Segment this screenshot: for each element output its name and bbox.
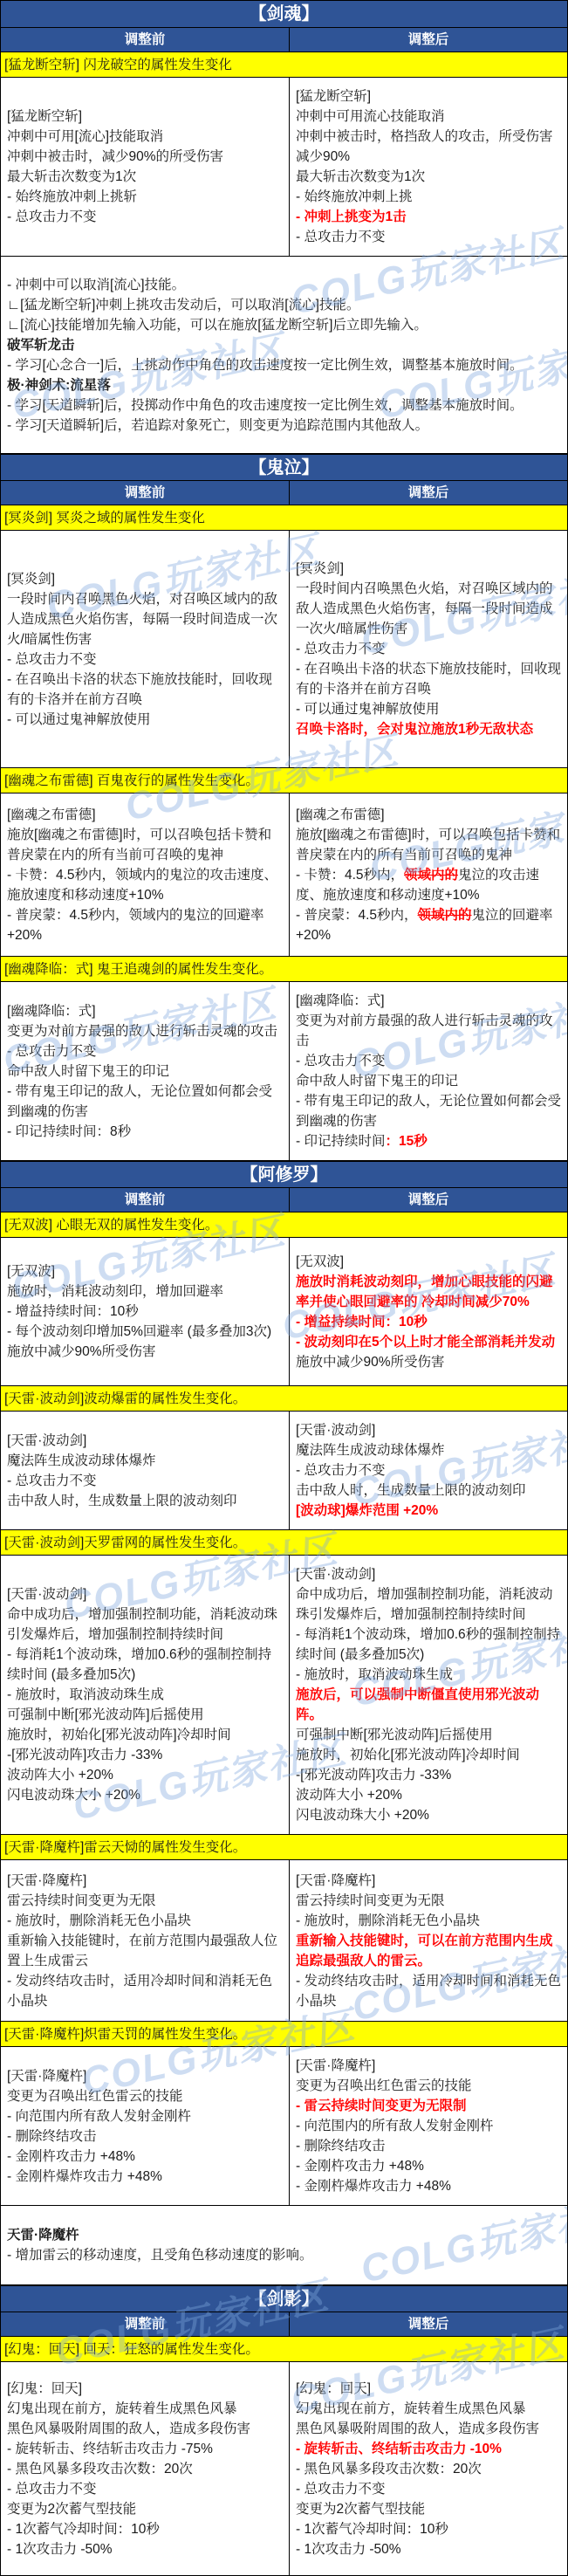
plain-text: [天雷·波动剑] bbox=[7, 1433, 86, 1448]
text-line: - 在召唤出卡洛的状态下施放技能时，回收现有的卡洛并在前方召唤 bbox=[296, 659, 561, 699]
plain-text: 施放中减少90%所受伤害 bbox=[296, 1355, 445, 1370]
plain-text: - 总攻击力不变 bbox=[7, 1044, 96, 1059]
changed-text: 领域内的 bbox=[404, 868, 458, 883]
before-cell: [幽魂降临：式]变更为对前方最强的敌人进行斩击灵魂的攻击- 总攻击力不变命中敌人… bbox=[1, 982, 289, 1160]
plain-text: - 在召唤出卡洛的状态下施放技能时，回收现有的卡洛并在前方召唤 bbox=[7, 672, 272, 707]
text-line: - 金刚杵爆炸攻击力 +48% bbox=[7, 2167, 283, 2187]
text-line: 可强制中断[邪光波动阵]后摇使用 bbox=[296, 1725, 561, 1745]
text-line: 施放[幽魂之布雷德]时，可以召唤包括卡赞和普戾蒙在内的所有当前可召唤的鬼神 bbox=[296, 825, 561, 865]
text-line: -[邪光波动阵]攻击力 -33% bbox=[296, 1765, 561, 1785]
after-cell: [幽魂降临：式]变更为对前方最强的敌人进行斩击灵魂的攻击- 总攻击力不变命中敌人… bbox=[289, 982, 567, 1160]
plain-text: 波动阵大小 +20% bbox=[296, 1788, 402, 1803]
before-after-row: [天雷·波动剑]命中成功后，增加强制控制功能，消耗波动珠引发爆炸后，增加强制控制… bbox=[1, 1556, 567, 1835]
changed-text: 重新输入技能键时，可以在前方范围内生成追踪最强敌人的雷云。 bbox=[296, 1934, 553, 1968]
text-line: - 金刚杵攻击力 +48% bbox=[7, 2147, 283, 2167]
text-line: - 金刚杵攻击力 +48% bbox=[296, 2156, 561, 2176]
text-line: [幽魂降临：式] bbox=[296, 991, 561, 1011]
plain-text: 击中敌人时，生成数量上限的波动刻印 bbox=[7, 1494, 237, 1508]
text-line: - 黑色风暴多段攻击次数：20次 bbox=[296, 2459, 561, 2479]
changed-text: 极·神剑术:流星落 bbox=[7, 378, 111, 393]
before-after-row: [幽魂降临：式]变更为对前方最强的敌人进行斩击灵魂的攻击- 总攻击力不变命中敌人… bbox=[1, 982, 567, 1160]
plain-text: - 总攻击力不变 bbox=[7, 652, 96, 667]
plain-text: - 总攻击力不变 bbox=[296, 1463, 385, 1478]
plain-text: - 学习[心念合一]后，上挑动作中角色的攻击速度按一定比例生效，调整基本施放时间… bbox=[7, 358, 524, 373]
changed-text: ：15秒 bbox=[385, 1134, 427, 1149]
changed-text: 召唤卡洛时，会对鬼泣施放1秒无敌状态 bbox=[296, 722, 533, 737]
plain-text: [猛龙断空斩] bbox=[7, 109, 82, 124]
text-line: [波动球]爆炸范围 +20% bbox=[296, 1501, 561, 1521]
plain-text: [天雷·降魔杵] bbox=[296, 2058, 375, 2073]
plain-text: 最大斩击次数变为1次 bbox=[7, 169, 136, 184]
plain-text: 击中敌人时，生成数量上限的波动刻印 bbox=[296, 1483, 526, 1498]
text-line: - 学习[天道瞬斩]后，若追踪对象死亡，则变更为追踪范围内其他敌人。 bbox=[7, 416, 561, 436]
plain-text: - 可以通过鬼神解放使用 bbox=[7, 712, 150, 727]
plain-text: 幻鬼出现在前方，旋转着生成黑色风暴 bbox=[296, 2401, 526, 2416]
plain-text: - 每消耗1个波动珠，增加0.6秒的强制控制持续时间 (最多叠加5次) bbox=[296, 1627, 560, 1662]
text-line: - 总攻击力不变 bbox=[296, 1051, 561, 1071]
text-line: - 冲刺上挑变为1击 bbox=[296, 207, 561, 227]
column-header-after: 调整后 bbox=[289, 28, 567, 52]
text-line: [猛龙断空斩] bbox=[296, 86, 561, 106]
before-cell: [冥炎剑]一段时间内召唤黑色火焰，对召唤区域内的敌人造成黑色火焰伤害，每隔一段时… bbox=[1, 531, 289, 767]
text-line: - 每消耗1个波动珠，增加0.6秒的强制控制持续时间 (最多叠加5次) bbox=[296, 1625, 561, 1665]
text-line: - 向范围内所有敌人发射金刚杵 bbox=[7, 2106, 283, 2126]
text-line: - 总攻击力不变 bbox=[296, 1460, 561, 1480]
plain-text: - 增益持续时间：10秒 bbox=[7, 1304, 139, 1319]
text-line: - 黑色风暴多段攻击次数：20次 bbox=[7, 2459, 283, 2479]
text-line: 波动阵大小 +20% bbox=[296, 1785, 561, 1805]
text-line: 最大斩击次数变为1次 bbox=[296, 167, 561, 187]
text-line: [天雷·波动剑] bbox=[296, 1420, 561, 1440]
text-line: - 增加雷云的移动速度，且受角色移动速度的影响。 bbox=[7, 2245, 561, 2265]
text-line: 雷云持续时间变更为无限 bbox=[7, 1891, 283, 1911]
skill-change-banner: [天雷·降魔杵]炽雷天罚的属性发生变化。 bbox=[1, 2022, 567, 2047]
class-section-2: 【阿修罗】调整前调整后[无双波] 心眼无双的属性发生变化。[无双波]施放时，消耗… bbox=[1, 1161, 567, 2285]
plain-text: 冲刺中被击时，格挡敌人的攻击，所受伤害减少90% bbox=[296, 129, 553, 164]
text-line: [天雷·降魔杵] bbox=[296, 2056, 561, 2076]
plain-text: - 金刚杵攻击力 +48% bbox=[7, 2149, 135, 2164]
after-cell: [幻鬼：回天]幻鬼出现在前方，旋转着生成黑色风暴黑色风暴吸附周围的敌人，造成多段… bbox=[289, 2362, 567, 2575]
changed-text: - 雷云持续时间变更为无限制 bbox=[296, 2099, 466, 2113]
text-line: 魔法阵生成波动球体爆炸 bbox=[296, 1440, 561, 1460]
plain-text: 变更为召唤出红色雷云的技能 bbox=[296, 2078, 472, 2093]
plain-text: 黑色风暴吸附周围的敌人，造成多段伤害 bbox=[296, 2421, 539, 2436]
plain-text: [幽魂降临：式] bbox=[296, 993, 385, 1008]
before-after-row: [幻鬼：回天]幻鬼出现在前方，旋转着生成黑色风暴黑色风暴吸附周围的敌人，造成多段… bbox=[1, 2362, 567, 2575]
plain-text: - 冲刺中可以取消[流心]技能。 bbox=[7, 278, 185, 292]
text-line: -[邪光波动阵]攻击力 -33% bbox=[7, 1745, 283, 1765]
plain-text: 施放时，消耗波动刻印，增加回避率 bbox=[7, 1284, 223, 1299]
text-line: - 学习[天道瞬斩]后，投掷动作中角色的攻击速度按一定比例生效，调整基本施放时间… bbox=[7, 395, 561, 416]
plain-text: 冲刺中可用流心技能取消 bbox=[296, 109, 445, 124]
plain-text: [天雷·波动剑] bbox=[296, 1423, 375, 1438]
plain-text: ∟[流心]技能增加先输入功能，可以在施放[猛龙断空斩]后立即先输入。 bbox=[7, 318, 428, 333]
text-line: 变更为召唤出红色雷云的技能 bbox=[296, 2076, 561, 2096]
text-line: - 总攻击力不变 bbox=[7, 1041, 283, 1061]
text-line: - 可以通过鬼神解放使用 bbox=[296, 699, 561, 719]
plain-text: [天雷·波动剑] bbox=[296, 1567, 375, 1582]
before-after-row: [猛龙断空斩]冲刺中可用[流心]技能取消冲刺中被击时，减少90%的所受伤害最大斩… bbox=[1, 78, 567, 257]
text-line: [幽魂之布雷德] bbox=[296, 805, 561, 825]
text-line: - 卡赞：4.5秒内，领域内的鬼泣的攻击速度、施放速度和移动速度+10% bbox=[296, 865, 561, 905]
text-line: - 始终施放冲刺上挑斩 bbox=[7, 187, 283, 207]
text-line: - 印记持续时间：15秒 bbox=[296, 1131, 561, 1151]
plain-text: [冥炎剑] bbox=[7, 572, 55, 587]
before-cell: [天雷·波动剑]命中成功后，增加强制控制功能，消耗波动珠引发爆炸后，增加强制控制… bbox=[1, 1556, 289, 1834]
after-cell: [天雷·波动剑]命中成功后，增加强制控制功能，消耗波动珠引发爆炸后，增加强制控制… bbox=[289, 1556, 567, 1834]
text-line: 冲刺中被击时，格挡敌人的攻击，所受伤害减少90% bbox=[296, 127, 561, 167]
plain-text: [天雷·降魔杵] bbox=[296, 1873, 375, 1888]
text-line: - 删除终结攻击 bbox=[7, 2126, 283, 2147]
plain-text: 波动阵大小 +20% bbox=[7, 1768, 113, 1783]
text-line: - 印记持续时间：8秒 bbox=[7, 1122, 283, 1142]
text-line: - 发动终结攻击时，适用冷却时间和消耗无色小晶块 bbox=[7, 1971, 283, 2011]
changed-text: 天雷·降魔杵 bbox=[7, 2228, 79, 2243]
plain-text: 命中成功后，增加强制控制功能，消耗波动珠引发爆炸后，增加强制控制持续时间 bbox=[296, 1587, 553, 1622]
before-cell: [幻鬼：回天]幻鬼出现在前方，旋转着生成黑色风暴黑色风暴吸附周围的敌人，造成多段… bbox=[1, 2362, 289, 2575]
plain-text: 重新输入技能键时，在前方范围内最强敌人位置上生成雷云 bbox=[7, 1934, 277, 1968]
plain-text: - 金刚杵爆炸攻击力 +48% bbox=[7, 2169, 162, 2184]
column-header-before: 调整前 bbox=[1, 28, 289, 52]
changed-text: - 旋转斩击、终结斩击攻击力 -10% bbox=[296, 2442, 502, 2456]
text-line: 击中敌人时，生成数量上限的波动刻印 bbox=[7, 1491, 283, 1511]
plain-text: [猛龙断空斩] bbox=[296, 89, 371, 104]
text-line: [天雷·降魔杵] bbox=[296, 1871, 561, 1891]
plain-text: - 每个波动刻印增加5%回避率 (最多叠加3次) bbox=[7, 1324, 271, 1339]
plain-text: [幽魂之布雷德] bbox=[7, 807, 96, 822]
plain-text: 最大斩击次数变为1次 bbox=[296, 169, 425, 184]
column-header-row: 调整前调整后 bbox=[1, 481, 567, 505]
plain-text: 变更为对前方最强的敌人进行斩击灵魂的攻击 bbox=[7, 1024, 277, 1039]
plain-text: - 施放时，取消波动珠生成 bbox=[7, 1687, 164, 1702]
column-header-after: 调整后 bbox=[289, 481, 567, 505]
text-line: - 总攻击力不变 bbox=[7, 2479, 283, 2499]
patch-notes-table: 【剑魂】调整前调整后[猛龙断空斩] 闪龙破空的属性发生变化[猛龙断空斩]冲刺中可… bbox=[0, 0, 568, 2576]
plain-text: - 黑色风暴多段攻击次数：20次 bbox=[296, 2462, 482, 2476]
text-line: - 施放时，取消波动珠生成 bbox=[296, 1665, 561, 1685]
plain-text: -[邪光波动阵]攻击力 -33% bbox=[296, 1768, 451, 1783]
plain-text: 命中成功后，增加强制控制功能，消耗波动珠引发爆炸后，增加强制控制持续时间 bbox=[7, 1607, 277, 1642]
text-line: 变更为对前方最强的敌人进行斩击灵魂的攻击 bbox=[7, 1021, 283, 1041]
changed-text: - 波动刻印在5个以上时才能全部消耗并发动 bbox=[296, 1335, 555, 1350]
plain-text: 变更为2次蓄气型技能 bbox=[7, 2502, 136, 2517]
text-line: [幽魂之布雷德] bbox=[7, 805, 283, 825]
plain-text: 变更为对前方最强的敌人进行斩击灵魂的攻击 bbox=[296, 1013, 553, 1048]
text-line: 闪电波动珠大小 +20% bbox=[296, 1805, 561, 1825]
plain-text: [天雷·降魔杵] bbox=[7, 2069, 86, 2084]
plain-text: - 普戾蒙：4.5秒内， bbox=[296, 908, 418, 923]
text-line: - 总攻击力不变 bbox=[296, 2479, 561, 2499]
plain-text: 一段时间内召唤黑色火焰，对召唤区域内的敌人造成黑色火焰伤害，每隔一段时间造成一次… bbox=[296, 581, 553, 636]
plain-text: - 总攻击力不变 bbox=[296, 2482, 385, 2497]
plain-text: - 1次攻击力 -50% bbox=[296, 2542, 401, 2557]
text-line: - 1次攻击力 -50% bbox=[7, 2539, 283, 2559]
text-line: [猛龙断空斩] bbox=[7, 106, 283, 127]
text-line: 幻鬼出现在前方，旋转着生成黑色风暴 bbox=[7, 2399, 283, 2419]
plain-text: 冲刺中被击时，减少90%的所受伤害 bbox=[7, 149, 223, 164]
text-line: - 增益持续时间：10秒 bbox=[7, 1302, 283, 1322]
text-line: - 施放时，删除消耗无色小晶块 bbox=[296, 1911, 561, 1931]
text-line: 击中敌人时，生成数量上限的波动刻印 bbox=[296, 1480, 561, 1501]
plain-text: - 黑色风暴多段攻击次数：20次 bbox=[7, 2462, 193, 2476]
text-line: 施放时，初始化[邪光波动阵]冷却时间 bbox=[7, 1725, 283, 1745]
text-line: 施放时，消耗波动刻印，增加回避率 bbox=[7, 1281, 283, 1302]
text-line: 最大斩击次数变为1次 bbox=[7, 167, 283, 187]
text-line: - 向范围内的所有敌人发射金刚杵 bbox=[296, 2116, 561, 2136]
plain-text: - 总攻击力不变 bbox=[296, 230, 385, 244]
text-line: - 在召唤出卡洛的状态下施放技能时，回收现有的卡洛并在前方召唤 bbox=[7, 670, 283, 710]
plain-text: - 1次攻击力 -50% bbox=[7, 2542, 113, 2557]
text-line: - 每消耗1个波动珠，增加0.6秒的强制控制持续时间 (最多叠加5次) bbox=[7, 1645, 283, 1685]
column-header-before: 调整前 bbox=[1, 1188, 289, 1212]
text-line: 黑色风暴吸附周围的敌人，造成多段伤害 bbox=[7, 2419, 283, 2439]
plain-text: 施放时，初始化[邪光波动阵]冷却时间 bbox=[296, 1748, 520, 1762]
plain-text: - 总攻击力不变 bbox=[7, 1473, 96, 1488]
plain-text: -[邪光波动阵]攻击力 -33% bbox=[7, 1748, 162, 1762]
text-line: - 冲刺中可以取消[流心]技能。 bbox=[7, 275, 561, 295]
plain-text: 变更为2次蓄气型技能 bbox=[296, 2502, 425, 2517]
column-header-row: 调整前调整后 bbox=[1, 1188, 567, 1212]
patch-note: - 冲刺中可以取消[流心]技能。∟[猛龙断空斩]冲刺上挑攻击发动后，可以取消[流… bbox=[1, 257, 567, 453]
text-line: - 普戾蒙：4.5秒内，领域内的鬼泣的回避率+20% bbox=[7, 905, 283, 945]
plain-text: - 施放时，删除消耗无色小晶块 bbox=[7, 1913, 191, 1928]
text-line: 变更为召唤出红色雷云的技能 bbox=[7, 2086, 283, 2106]
before-after-row: [幽魂之布雷德]施放[幽魂之布雷德]时，可以召唤包括卡赞和普戾蒙在内的所有当前可… bbox=[1, 793, 567, 957]
skill-change-banner: [无双波] 心眼无双的属性发生变化。 bbox=[1, 1212, 567, 1238]
skill-change-banner: [幽魂降临：式] 鬼王追魂剑的属性发生变化。 bbox=[1, 957, 567, 982]
text-line: 施放后，可以强制中断僵直使用邪光波动阵。 bbox=[296, 1685, 561, 1725]
plain-text: - 印记持续时间：8秒 bbox=[7, 1124, 131, 1139]
text-line: 魔法阵生成波动球体爆炸 bbox=[7, 1451, 283, 1471]
after-cell: [猛龙断空斩]冲刺中可用流心技能取消冲刺中被击时，格挡敌人的攻击，所受伤害减少9… bbox=[289, 78, 567, 256]
plain-text: - 总攻击力不变 bbox=[7, 210, 96, 224]
plain-text: - 始终施放冲刺上挑斩 bbox=[7, 189, 137, 204]
skill-change-banner: [幽魂之布雷德] 百鬼夜行的属性发生变化。 bbox=[1, 768, 567, 793]
text-line: - 施放时，取消波动珠生成 bbox=[7, 1685, 283, 1705]
plain-text: - 1次蓄气冷却时间：10秒 bbox=[296, 2522, 448, 2537]
plain-text: [幽魂降临：式] bbox=[7, 1004, 96, 1019]
plain-text: 可强制中断[邪光波动阵]后摇使用 bbox=[7, 1707, 204, 1722]
plain-text: [天雷·波动剑] bbox=[7, 1587, 86, 1602]
plain-text: - 金刚杵爆炸攻击力 +48% bbox=[296, 2179, 451, 2194]
sections-container: 【剑魂】调整前调整后[猛龙断空斩] 闪龙破空的属性发生变化[猛龙断空斩]冲刺中可… bbox=[1, 1, 567, 2575]
plain-text: - 发动终结攻击时，适用冷却时间和消耗无色小晶块 bbox=[7, 1974, 272, 2009]
before-cell: [猛龙断空斩]冲刺中可用[流心]技能取消冲刺中被击时，减少90%的所受伤害最大斩… bbox=[1, 78, 289, 256]
text-line: 施放时消耗波动刻印，增加心眼技能的闪避率并使心眼回避率的 冷却时间减少70% bbox=[296, 1272, 561, 1312]
class-section-0: 【剑魂】调整前调整后[猛龙断空斩] 闪龙破空的属性发生变化[猛龙断空斩]冲刺中可… bbox=[1, 1, 567, 454]
text-line: [幽魂降临：式] bbox=[7, 1001, 283, 1021]
after-cell: [天雷·波动剑]魔法阵生成波动球体爆炸- 总攻击力不变击中敌人时，生成数量上限的… bbox=[289, 1412, 567, 1529]
before-cell: [天雷·波动剑]魔法阵生成波动球体爆炸- 总攻击力不变击中敌人时，生成数量上限的… bbox=[1, 1412, 289, 1529]
text-line: 命中成功后，增加强制控制功能，消耗波动珠引发爆炸后，增加强制控制持续时间 bbox=[7, 1604, 283, 1645]
text-line: 一段时间内召唤黑色火焰，对召唤区域内的敌人造成黑色火焰伤害，每隔一段时间造成一次… bbox=[296, 579, 561, 639]
text-line: ∟[流心]技能增加先输入功能，可以在施放[猛龙断空斩]后立即先输入。 bbox=[7, 315, 561, 335]
class-section-3: 【剑影】调整前调整后[幻鬼：回天] 回天：狂怒的属性发生变化。[幻鬼：回天]幻鬼… bbox=[1, 2285, 567, 2575]
text-line: - 每个波动刻印增加5%回避率 (最多叠加3次) bbox=[7, 1322, 283, 1342]
text-line: - 1次蓄气冷却时间：10秒 bbox=[7, 2519, 283, 2539]
changed-text: - 冲刺上挑变为1击 bbox=[296, 210, 407, 224]
after-cell: [天雷·降魔杵]雷云持续时间变更为无限- 施放时，删除消耗无色小晶块重新输入技能… bbox=[289, 1860, 567, 2021]
text-line: 施放中减少90%所受伤害 bbox=[296, 1352, 561, 1372]
plain-text: 黑色风暴吸附周围的敌人，造成多段伤害 bbox=[7, 2421, 250, 2436]
plain-text: - 学习[天道瞬斩]后，若追踪对象死亡，则变更为追踪范围内其他敌人。 bbox=[7, 418, 428, 433]
before-after-row: [冥炎剑]一段时间内召唤黑色火焰，对召唤区域内的敌人造成黑色火焰伤害，每隔一段时… bbox=[1, 531, 567, 768]
text-line: - 发动终结攻击时，适用冷却时间和消耗无色小晶块 bbox=[296, 1971, 561, 2011]
plain-text: - 施放时，删除消耗无色小晶块 bbox=[296, 1913, 480, 1928]
text-line: 黑色风暴吸附周围的敌人，造成多段伤害 bbox=[296, 2419, 561, 2439]
plain-text: 魔法阵生成波动球体爆炸 bbox=[296, 1443, 445, 1458]
text-line: 冲刺中被击时，减少90%的所受伤害 bbox=[7, 147, 283, 167]
plain-text: 闪电波动珠大小 +20% bbox=[7, 1788, 140, 1803]
section-title: 【剑魂】 bbox=[1, 1, 567, 28]
class-section-1: 【鬼泣】调整前调整后[冥炎剑] 冥炎之域的属性发生变化[冥炎剑]一段时间内召唤黑… bbox=[1, 454, 567, 1161]
text-line: - 带有鬼王印记的敌人，无论位置如何都会受到幽魂的伤害 bbox=[7, 1082, 283, 1122]
before-after-row: [天雷·降魔杵]变更为召唤出红色雷云的技能- 向范围内所有敌人发射金刚杵- 删除… bbox=[1, 2047, 567, 2206]
after-cell: [天雷·降魔杵]变更为召唤出红色雷云的技能- 雷云持续时间变更为无限制- 向范围… bbox=[289, 2047, 567, 2205]
plain-text: - 印记持续时间 bbox=[296, 1134, 385, 1149]
skill-change-banner: [天雷·降魔杵]雷云天恸的属性发生变化。 bbox=[1, 1835, 567, 1860]
section-title: 【鬼泣】 bbox=[1, 454, 567, 481]
plain-text: - 1次蓄气冷却时间：10秒 bbox=[7, 2522, 160, 2537]
plain-text: 闪电波动珠大小 +20% bbox=[296, 1808, 429, 1823]
skill-change-banner: [天雷·波动剑]天罗雷网的属性发生变化。 bbox=[1, 1530, 567, 1556]
column-header-row: 调整前调整后 bbox=[1, 28, 567, 52]
text-line: - 删除终结攻击 bbox=[296, 2136, 561, 2156]
column-header-after: 调整后 bbox=[289, 1188, 567, 1212]
before-after-row: [天雷·波动剑]魔法阵生成波动球体爆炸- 总攻击力不变击中敌人时，生成数量上限的… bbox=[1, 1412, 567, 1530]
plain-text: - 删除终结攻击 bbox=[7, 2129, 96, 2144]
text-line: - 学习[心念合一]后，上挑动作中角色的攻击速度按一定比例生效，调整基本施放时间… bbox=[7, 355, 561, 375]
text-line: - 带有鬼王印记的敌人，无论位置如何都会受到幽魂的伤害 bbox=[296, 1091, 561, 1131]
plain-text: - 带有鬼王印记的敌人，无论位置如何都会受到幽魂的伤害 bbox=[7, 1084, 272, 1119]
plain-text: - 向范围内的所有敌人发射金刚杵 bbox=[296, 2119, 493, 2133]
text-line: [幻鬼：回天] bbox=[7, 2379, 283, 2399]
plain-text: - 卡赞：4.5秒内， bbox=[296, 868, 404, 883]
text-line: - 卡赞：4.5秒内，领域内的鬼泣的攻击速度、施放速度和移动速度+10% bbox=[7, 865, 283, 905]
before-after-row: [天雷·降魔杵]雷云持续时间变更为无限- 施放时，删除消耗无色小晶块重新输入技能… bbox=[1, 1860, 567, 2022]
plain-text: [冥炎剑] bbox=[296, 561, 344, 576]
plain-text: - 带有鬼王印记的敌人，无论位置如何都会受到幽魂的伤害 bbox=[296, 1094, 561, 1129]
text-line: 极·神剑术:流星落 bbox=[7, 375, 561, 395]
plain-text: 幻鬼出现在前方，旋转着生成黑色风暴 bbox=[7, 2401, 237, 2416]
changed-text: 领域内的 bbox=[418, 908, 472, 923]
after-cell: [无双波]施放时消耗波动刻印，增加心眼技能的闪避率并使心眼回避率的 冷却时间减少… bbox=[289, 1238, 567, 1385]
plain-text: - 总攻击力不变 bbox=[7, 2482, 96, 2497]
text-line: 变更为2次蓄气型技能 bbox=[7, 2499, 283, 2519]
plain-text: 雷云持续时间变更为无限 bbox=[296, 1893, 445, 1908]
plain-text: - 普戾蒙：4.5秒内，领域内的鬼泣的回避率+20% bbox=[7, 908, 264, 943]
text-line: 闪电波动珠大小 +20% bbox=[7, 1785, 283, 1805]
changed-text: 破军斩龙击 bbox=[7, 338, 75, 353]
patch-note: 天雷·降魔杵- 增加雷云的移动速度，且受角色移动速度的影响。 bbox=[1, 2206, 567, 2284]
text-line: 施放中减少90%所受伤害 bbox=[7, 1342, 283, 1362]
text-line: - 金刚杵爆炸攻击力 +48% bbox=[296, 2176, 561, 2196]
text-line: [天雷·波动剑] bbox=[7, 1431, 283, 1451]
plain-text: 冲刺中可用[流心]技能取消 bbox=[7, 129, 163, 144]
plain-text: [无双波] bbox=[296, 1254, 344, 1269]
plain-text: - 增加雷云的移动速度，且受角色移动速度的影响。 bbox=[7, 2248, 312, 2263]
text-line: [无双波] bbox=[296, 1252, 561, 1272]
changed-text: 施放时消耗波动刻印，增加心眼技能的闪避率并使心眼回避率的 冷却时间减少70% bbox=[296, 1274, 553, 1309]
plain-text: - 在召唤出卡洛的状态下施放技能时，回收现有的卡洛并在前方召唤 bbox=[296, 662, 561, 697]
text-line: [幻鬼：回天] bbox=[296, 2379, 561, 2399]
text-line: - 总攻击力不变 bbox=[7, 207, 283, 227]
text-line: - 始终施放冲刺上挑 bbox=[296, 187, 561, 207]
plain-text: - 可以通过鬼神解放使用 bbox=[296, 702, 439, 717]
text-line: 施放时，初始化[邪光波动阵]冷却时间 bbox=[296, 1745, 561, 1765]
text-line: 命中敌人时留下鬼王的印记 bbox=[296, 1071, 561, 1091]
plain-text: 施放中减少90%所受伤害 bbox=[7, 1344, 156, 1359]
text-line: - 总攻击力不变 bbox=[296, 639, 561, 659]
section-title: 【阿修罗】 bbox=[1, 1161, 567, 1188]
text-line: - 雷云持续时间变更为无限制 bbox=[296, 2096, 561, 2116]
before-cell: [幽魂之布雷德]施放[幽魂之布雷德]时，可以召唤包括卡赞和普戾蒙在内的所有当前可… bbox=[1, 793, 289, 956]
after-cell: [幽魂之布雷德]施放[幽魂之布雷德]时，可以召唤包括卡赞和普戾蒙在内的所有当前可… bbox=[289, 793, 567, 956]
skill-change-banner: [幻鬼：回天] 回天：狂怒的属性发生变化。 bbox=[1, 2337, 567, 2362]
skill-change-banner: [猛龙断空斩] 闪龙破空的属性发生变化 bbox=[1, 52, 567, 78]
plain-text: 施放[幽魂之布雷德]时，可以召唤包括卡赞和普戾蒙在内的所有当前可召唤的鬼神 bbox=[7, 828, 271, 862]
plain-text: 命中敌人时留下鬼王的印记 bbox=[296, 1074, 458, 1089]
text-line: - 1次攻击力 -50% bbox=[296, 2539, 561, 2559]
changed-text: [波动球]爆炸范围 +20% bbox=[296, 1503, 438, 1518]
text-line: - 波动刻印在5个以上时才能全部消耗并发动 bbox=[296, 1332, 561, 1352]
plain-text: - 始终施放冲刺上挑 bbox=[296, 189, 412, 204]
plain-text: - 总攻击力不变 bbox=[296, 642, 385, 656]
text-line: 冲刺中可用流心技能取消 bbox=[296, 106, 561, 127]
changed-text: - 增益持续时间：10秒 bbox=[296, 1315, 428, 1329]
text-line: 变更为2次蓄气型技能 bbox=[296, 2499, 561, 2519]
text-line: [天雷·降魔杵] bbox=[7, 1871, 283, 1891]
column-header-row: 调整前调整后 bbox=[1, 2312, 567, 2337]
text-line: [冥炎剑] bbox=[7, 569, 283, 589]
text-line: - 施放时，删除消耗无色小晶块 bbox=[7, 1911, 283, 1931]
text-line: 命中敌人时留下鬼王的印记 bbox=[7, 1061, 283, 1082]
text-line: - 1次蓄气冷却时间：10秒 bbox=[296, 2519, 561, 2539]
section-title: 【剑影】 bbox=[1, 2285, 567, 2312]
plain-text: 施放时，初始化[邪光波动阵]冷却时间 bbox=[7, 1728, 231, 1742]
plain-text: - 总攻击力不变 bbox=[296, 1054, 385, 1068]
plain-text: 魔法阵生成波动球体爆炸 bbox=[7, 1453, 156, 1468]
text-line: [无双波] bbox=[7, 1261, 283, 1281]
plain-text: - 金刚杵攻击力 +48% bbox=[296, 2159, 424, 2174]
plain-text: 施放[幽魂之布雷德]时，可以召唤包括卡赞和普戾蒙在内的所有当前可召唤的鬼神 bbox=[296, 828, 560, 862]
text-line: - 增益持续时间：10秒 bbox=[296, 1312, 561, 1332]
plain-text: 变更为召唤出红色雷云的技能 bbox=[7, 2089, 183, 2104]
plain-text: 命中敌人时留下鬼王的印记 bbox=[7, 1064, 169, 1079]
plain-text: 可强制中断[邪光波动阵]后摇使用 bbox=[296, 1728, 493, 1742]
text-line: [冥炎剑] bbox=[296, 559, 561, 579]
text-line: [天雷·波动剑] bbox=[296, 1564, 561, 1584]
plain-text: [幽魂之布雷德] bbox=[296, 807, 385, 822]
text-line: 重新输入技能键时，在前方范围内最强敌人位置上生成雷云 bbox=[7, 1931, 283, 1971]
text-line: 一段时间内召唤黑色火焰，对召唤区域内的敌人造成黑色火焰伤害，每隔一段时间造成一次… bbox=[7, 589, 283, 649]
plain-text: - 旋转斩击、终结斩击攻击力 -75% bbox=[7, 2442, 213, 2456]
column-header-after: 调整后 bbox=[289, 2312, 567, 2336]
text-line: 重新输入技能键时，可以在前方范围内生成追踪最强敌人的雷云。 bbox=[296, 1931, 561, 1971]
text-line: ∟[猛龙断空斩]冲刺上挑攻击发动后，可以取消[流心]技能。 bbox=[7, 295, 561, 315]
text-line: - 总攻击力不变 bbox=[296, 227, 561, 247]
text-line: - 旋转斩击、终结斩击攻击力 -75% bbox=[7, 2439, 283, 2459]
text-line: 天雷·降魔杵 bbox=[7, 2225, 561, 2245]
text-line: 破军斩龙击 bbox=[7, 335, 561, 355]
plain-text: [天雷·降魔杵] bbox=[7, 1873, 86, 1888]
skill-change-banner: [天雷·波动剑]波动爆雷的属性发生变化。 bbox=[1, 1386, 567, 1412]
text-line: 变更为对前方最强的敌人进行斩击灵魂的攻击 bbox=[296, 1011, 561, 1051]
plain-text: - 删除终结攻击 bbox=[296, 2139, 385, 2154]
plain-text: [幻鬼：回天] bbox=[7, 2381, 82, 2396]
text-line: - 普戾蒙：4.5秒内，领域内的鬼泣的回避率+20% bbox=[296, 905, 561, 945]
text-line: - 可以通过鬼神解放使用 bbox=[7, 710, 283, 730]
